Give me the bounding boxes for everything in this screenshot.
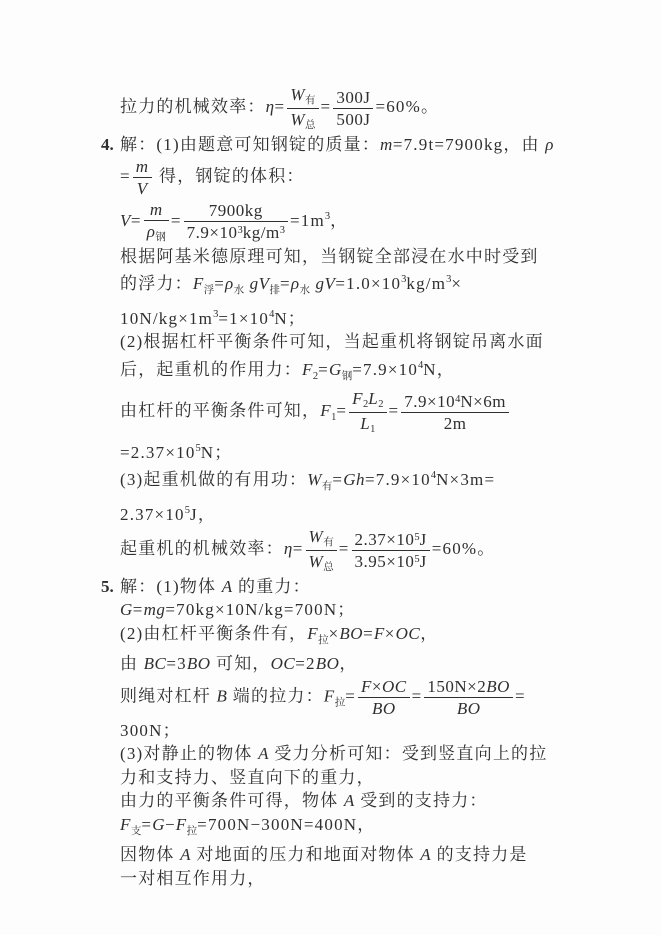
text-run: = <box>171 211 182 230</box>
text-run: 受到的支持力： <box>355 791 488 810</box>
text-run: = <box>318 360 329 379</box>
solution-line: 5.解：(1)物体 A 的重力： <box>120 575 558 599</box>
subscript: 排 <box>270 285 281 296</box>
text-run: 拉力的机械效率： <box>120 97 266 116</box>
math-variable: F <box>352 389 363 408</box>
text-run: 由力的平衡条件可得，物体 <box>120 791 344 810</box>
subscript: 1 <box>370 424 375 435</box>
math-variable: m <box>380 135 393 154</box>
math-variable: G <box>152 815 165 834</box>
fraction-denominator: 2m <box>401 413 509 433</box>
solution-line: 2.37×105J， <box>120 499 558 527</box>
fraction-denominator: 3.95×105J <box>352 551 430 571</box>
text-run: =7.9t=7900kg，由 <box>393 135 545 154</box>
problem-number: 4. <box>101 133 114 157</box>
text-run: (3)起重机做的有用功： <box>120 470 307 489</box>
math-variable: BO <box>486 677 510 696</box>
text-run: 由杠杆的平衡条件可知， <box>120 402 320 421</box>
text-run: 解：(1)由题意可知钢锭的质量： <box>120 135 380 154</box>
text-run: 2m <box>444 414 467 433</box>
text-run: =70kg×10N/kg=700N； <box>165 600 355 619</box>
text-run: J， <box>190 505 216 524</box>
math-fraction: mV <box>133 157 152 198</box>
math-fraction: 300J500J <box>333 88 373 129</box>
text-run: = <box>412 686 423 705</box>
text-run: 一对相互作用力， <box>120 869 266 888</box>
fraction-numerator: W有 <box>306 527 337 551</box>
math-fraction: mρ钢 <box>144 200 169 244</box>
math-variable: F <box>302 360 313 379</box>
fraction-denominator: BO <box>424 698 513 718</box>
text-run: J <box>420 530 427 549</box>
math-variable: gV <box>250 274 270 293</box>
math-fraction: 150N×2BOBO <box>424 677 513 718</box>
math-variable: W <box>307 470 322 489</box>
subscript: 钢 <box>155 232 166 243</box>
text-run: = <box>321 97 332 116</box>
solution-line: 由力的平衡条件可得，物体 A 受到的支持力： <box>120 789 558 813</box>
math-variable: W <box>290 110 305 129</box>
math-variable: F <box>361 677 372 696</box>
text-run: 由 <box>120 654 144 673</box>
math-variable: W <box>309 552 324 571</box>
text-run: = <box>214 274 225 293</box>
text-run: 的支持力是 <box>431 845 527 864</box>
text-run: 300N； <box>120 721 181 740</box>
text-run: =1×10 <box>218 309 269 328</box>
text-run: = <box>332 470 343 489</box>
math-variable: F <box>120 815 131 834</box>
solution-line: (3)对静止的物体 A 受力分析可知：受到竖直向上的拉 <box>120 742 558 766</box>
subscript: 水 <box>299 285 310 296</box>
solution-line: F支=G−F拉=700N−300N=400N， <box>120 813 558 844</box>
text-run: (2)根据杠杆平衡条件可知，当起重机将钢锭吊离水面 <box>120 332 544 351</box>
solution-line: 后，起重机的作用力：F2=G钢=7.9×104N， <box>120 354 558 389</box>
text-run: 300J <box>336 88 370 107</box>
text-run: × <box>329 624 340 643</box>
math-fraction: 7.9×104N×6m2m <box>401 392 509 433</box>
solution-line: 4.解：(1)由题意可知钢锭的质量：m=7.9t=7900kg，由 ρ <box>120 133 558 157</box>
text-run: N×3m= <box>436 470 495 489</box>
text-run: 500J <box>336 110 370 129</box>
text-run: = <box>336 402 347 421</box>
math-variable: F <box>320 402 331 421</box>
solution-line: V=mρ钢=7900kg7.9×103kg/m3=1m3， <box>120 199 558 245</box>
solution-line: 则绳对杠杆 B 端的拉力：F拉=F×OCBO=150N×2BOBO= <box>120 676 558 719</box>
text-run: 端的拉力： <box>227 686 323 705</box>
solution-line: 由杠杆的平衡条件可知，F1=F2L2L1=7.9×104N×6m2m <box>120 388 558 437</box>
text-run: = <box>339 540 350 559</box>
math-variable: W <box>309 527 324 546</box>
text-run: =2.37×10 <box>120 443 196 462</box>
subscript: 浮 <box>204 285 215 296</box>
solution-line: 根据阿基米德原理可知，当钢锭全部浸在水中时受到 <box>120 245 558 269</box>
fraction-numerator: 2.37×105J <box>352 530 430 551</box>
text-run: ， <box>420 624 438 643</box>
text-run: =7.9×10 <box>365 470 431 489</box>
math-fraction: 7900kg7.9×103kg/m3 <box>184 201 288 242</box>
math-variable: V <box>137 179 148 198</box>
subscript: 拉 <box>318 635 329 646</box>
math-variable: BO <box>372 699 396 718</box>
text-run: =700N−300N=400N， <box>197 815 375 834</box>
text-run: 解：(1)物体 <box>120 577 222 596</box>
subscript: 水 <box>234 285 245 296</box>
math-variable: gV <box>315 274 335 293</box>
text-run: × <box>385 624 396 643</box>
math-variable: B <box>216 686 227 705</box>
solution-line: 300N； <box>120 719 558 743</box>
text-run: = <box>280 274 291 293</box>
text-run: 2.37×10 <box>120 505 185 524</box>
math-variable: BO <box>339 624 363 643</box>
text-run: =1.0×10 <box>335 274 401 293</box>
math-variable: m <box>150 200 163 219</box>
math-variable: G <box>120 600 133 619</box>
math-variable: ρ <box>545 135 554 154</box>
math-variable: F <box>193 274 204 293</box>
subscript: 拉 <box>335 697 346 708</box>
text-run: 10N/kg×1m <box>120 309 213 328</box>
math-variable: OC <box>382 677 407 696</box>
text-run: = <box>389 402 400 421</box>
solution-lines: 拉力的机械效率：η=W有W总=300J500J=60%。4.解：(1)由题意可知… <box>120 84 558 890</box>
subscript: 总 <box>305 120 316 131</box>
text-run: =60%。 <box>375 97 439 116</box>
fraction-numerator: m <box>144 200 169 221</box>
text-run: = <box>133 600 144 619</box>
text-run: kg/m <box>406 274 446 293</box>
subscript: 钢 <box>342 371 353 382</box>
solution-line: 拉力的机械效率：η=W有W总=300J500J=60%。 <box>120 84 558 133</box>
fraction-denominator: ρ钢 <box>144 221 169 244</box>
math-variable: m <box>136 157 149 176</box>
text-run: =3 <box>166 654 187 673</box>
text-run: ， <box>330 211 348 230</box>
fraction-denominator: W总 <box>287 109 318 132</box>
text-run: 7.9×10 <box>187 223 238 242</box>
math-variable: F <box>324 686 335 705</box>
solution-line: 起重机的机械效率：η=W有W总=2.37×105J3.95×105J=60%。 <box>120 526 558 575</box>
solution-line: (2)由杠杆平衡条件有，F拉×BO=F×OC， <box>120 622 558 653</box>
math-variable: ρ <box>225 274 234 293</box>
math-variable: BO <box>316 654 340 673</box>
text-run: N×6m <box>460 392 506 411</box>
subscript: 总 <box>323 562 334 573</box>
math-variable: mg <box>144 600 166 619</box>
fraction-numerator: F2L2 <box>349 389 386 413</box>
math-fraction: W有W总 <box>287 85 318 132</box>
math-variable: η <box>284 540 293 559</box>
solution-line: 10N/kg×1m3=1×104N； <box>120 303 558 331</box>
math-fraction: F2L2L1 <box>349 389 386 436</box>
text-run: ， <box>339 654 357 673</box>
math-variable: A <box>344 791 355 810</box>
math-variable: OC <box>271 654 296 673</box>
math-variable: F <box>176 815 187 834</box>
text-run: N； <box>274 309 306 328</box>
text-run: 起重机的机械效率： <box>120 540 284 559</box>
solution-line: 由 BC=3BO 可知，OC=2BO， <box>120 652 558 676</box>
math-fraction: F×OCBO <box>358 677 410 718</box>
math-variable: BO <box>457 699 481 718</box>
text-run: J <box>420 552 427 571</box>
subscript: 有 <box>322 481 333 492</box>
text-run: N； <box>201 443 233 462</box>
text-run: = <box>515 686 526 705</box>
subscript: 2 <box>378 399 383 410</box>
math-variable: F <box>374 624 385 643</box>
text-run: 的重力： <box>233 577 311 596</box>
math-variable: V <box>120 211 131 230</box>
fraction-numerator: 7.9×104N×6m <box>401 392 509 413</box>
text-run: =1m <box>290 211 325 230</box>
subscript: 拉 <box>187 826 198 837</box>
math-variable: BO <box>187 654 211 673</box>
solution-line: 因物体 A 对地面的压力和地面对物体 A 的支持力是 <box>120 843 558 867</box>
fraction-denominator: V <box>133 178 152 198</box>
text-run: 7.9×10 <box>404 392 455 411</box>
fraction-numerator: F×OC <box>358 677 410 698</box>
subscript: 有 <box>305 95 316 106</box>
text-run: kg/m <box>243 223 280 242</box>
math-variable: F <box>307 624 318 643</box>
fraction-numerator: 7900kg <box>184 201 288 222</box>
superscript: 3 <box>280 225 285 236</box>
text-run: 3.95×10 <box>355 552 415 571</box>
math-variable: L <box>360 414 370 433</box>
text-run: 7900kg <box>209 201 263 220</box>
math-variable: L <box>368 389 378 408</box>
text-run: = <box>293 540 304 559</box>
text-run: = <box>363 624 374 643</box>
fraction-numerator: 300J <box>333 88 373 109</box>
text-run: 可知， <box>211 654 271 673</box>
math-variable: G <box>329 360 342 379</box>
text-run: 受力分析可知：受到竖直向上的拉 <box>269 744 547 763</box>
text-run: 2.37×10 <box>355 530 415 549</box>
text-run: = <box>275 97 286 116</box>
text-run: N， <box>423 360 455 379</box>
text-run: × <box>372 677 382 696</box>
solution-line: 一对相互作用力， <box>120 867 558 891</box>
fraction-denominator: BO <box>358 698 410 718</box>
text-run: = <box>345 686 356 705</box>
fraction-denominator: 7.9×103kg/m3 <box>184 222 288 242</box>
text-run: 则绳对杠杆 <box>120 686 216 705</box>
problem-number: 5. <box>101 575 114 599</box>
fraction-denominator: W总 <box>306 551 337 574</box>
math-variable: A <box>420 845 431 864</box>
math-variable: BC <box>144 654 167 673</box>
text-run: 150N×2 <box>427 677 486 696</box>
text-run: =2 <box>295 654 316 673</box>
math-fraction: 2.37×105J3.95×105J <box>352 530 430 571</box>
math-variable: Gh <box>343 470 365 489</box>
text-run: 得，钢锭的体积： <box>154 166 305 185</box>
math-fraction: W有W总 <box>306 527 337 574</box>
math-variable: A <box>180 845 191 864</box>
math-variable: A <box>258 744 269 763</box>
text-run: =7.9×10 <box>352 360 418 379</box>
solution-line: (3)起重机做的有用功：W有=Gh=7.9×104N×3m= <box>120 464 558 499</box>
text-run: 根据阿基米德原理可知，当钢锭全部浸在水中时受到 <box>120 247 539 266</box>
text-run: = <box>131 211 142 230</box>
text-run: 后，起重机的作用力： <box>120 360 302 379</box>
text-run: = <box>141 815 152 834</box>
text-run: = <box>120 166 131 185</box>
solution-line: G=mg=70kg×10N/kg=700N； <box>120 598 558 622</box>
text-run: 力和支持力、竖直向下的重力， <box>120 768 375 787</box>
subscript: 支 <box>131 826 142 837</box>
text-run: − <box>165 815 176 834</box>
text-run: 因物体 <box>120 845 180 864</box>
fraction-numerator: W有 <box>287 85 318 109</box>
text-run: 对地面的压力和地面对物体 <box>191 845 420 864</box>
math-variable: W <box>290 85 305 104</box>
fraction-denominator: L1 <box>349 413 386 436</box>
math-variable: η <box>266 97 275 116</box>
solution-line: =2.37×105N； <box>120 437 558 465</box>
math-variable: A <box>222 577 233 596</box>
solution-line: =mV 得，钢锭的体积： <box>120 156 558 199</box>
text-run: 的浮力： <box>120 274 193 293</box>
text-run: (2)由杠杆平衡条件有， <box>120 624 307 643</box>
math-variable: OC <box>396 624 421 643</box>
solution-line: 力和支持力、竖直向下的重力， <box>120 766 558 790</box>
fraction-numerator: m <box>133 157 152 178</box>
text-run: (3)对静止的物体 <box>120 744 258 763</box>
fraction-denominator: 500J <box>333 109 373 129</box>
subscript: 有 <box>323 537 334 548</box>
solution-line: 的浮力：F浮=ρ水 gV排=ρ水 gV=1.0×103kg/m3× <box>120 268 558 303</box>
solution-line: (2)根据杠杆平衡条件可知，当起重机将钢锭吊离水面 <box>120 330 558 354</box>
fraction-numerator: 150N×2BO <box>424 677 513 698</box>
text-run: × <box>451 274 462 293</box>
text-run: =60%。 <box>432 540 496 559</box>
